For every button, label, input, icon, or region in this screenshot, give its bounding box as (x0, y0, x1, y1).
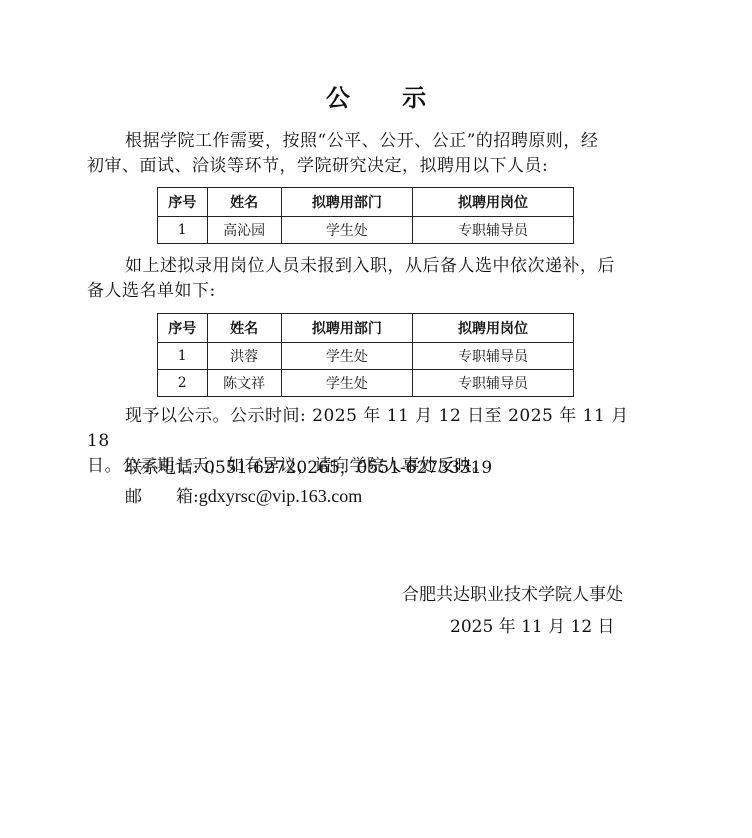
table-header-row: 序号 姓名 拟聘用部门 拟聘用岗位 (158, 314, 574, 343)
header-no: 序号 (158, 188, 208, 217)
backup-paragraph: 如上述拟录用岗位人员未报到入职，从后备人选中依次递补，后 备人选名单如下: (87, 254, 647, 304)
cell-no: 2 (158, 370, 208, 397)
cell-no: 1 (158, 343, 208, 370)
header-no: 序号 (158, 314, 208, 343)
table-row: 2 陈文祥 学生处 专职辅导员 (158, 370, 574, 397)
table-row: 1 高沁园 学生处 专职辅导员 (158, 217, 574, 244)
contact-email: 邮 箱:gdxyrsc@vip.163.com (125, 484, 362, 510)
contact-phone: 联系电话: 0551-62720265，0551-62733319 (125, 456, 492, 481)
header-dept: 拟聘用部门 (281, 188, 412, 217)
header-post: 拟聘用岗位 (413, 188, 574, 217)
signature-date: 2025 年 11 月 12 日 (450, 612, 615, 637)
table-row: 1 洪蓉 学生处 专职辅导员 (158, 343, 574, 370)
email-value[interactable]: gdxyrsc@vip.163.com (199, 486, 363, 506)
cell-dept: 学生处 (281, 343, 412, 370)
cell-post: 专职辅导员 (413, 343, 574, 370)
backup-line-2: 备人选名单如下: (87, 279, 647, 304)
intro-paragraph: 根据学院工作需要，按照“公平、公开、公正”的招聘原则，经 初审、面试、洽谈等环节… (87, 129, 647, 179)
table-header-row: 序号 姓名 拟聘用部门 拟聘用岗位 (158, 188, 574, 217)
intro-line-2: 初审、面试、洽谈等环节，学院研究决定，拟聘用以下人员: (87, 154, 647, 179)
header-name: 姓名 (207, 188, 281, 217)
cell-name: 高沁园 (207, 217, 281, 244)
backup-table: 序号 姓名 拟聘用部门 拟聘用岗位 1 洪蓉 学生处 专职辅导员 2 陈文祥 学… (157, 313, 574, 397)
cell-post: 专职辅导员 (413, 217, 574, 244)
cell-name: 洪蓉 (207, 343, 281, 370)
notice-line-1: 现予以公示。公示时间: 2025 年 11 月 12 日至 2025 年 11 … (87, 406, 629, 451)
email-label: 邮 箱: (125, 487, 199, 507)
intro-line-1: 根据学院工作需要，按照“公平、公开、公正”的招聘原则，经 (125, 131, 598, 151)
cell-no: 1 (158, 217, 208, 244)
cell-dept: 学生处 (281, 217, 412, 244)
signature-org: 合肥共达职业技术学院人事处 (402, 580, 623, 605)
hired-table: 序号 姓名 拟聘用部门 拟聘用岗位 1 高沁园 学生处 专职辅导员 (157, 187, 574, 244)
header-name: 姓名 (207, 314, 281, 343)
cell-dept: 学生处 (281, 370, 412, 397)
header-post: 拟聘用岗位 (413, 314, 574, 343)
cell-name: 陈文祥 (207, 370, 281, 397)
cell-post: 专职辅导员 (413, 370, 574, 397)
header-dept: 拟聘用部门 (281, 314, 412, 343)
document-title: 公 示 (0, 78, 752, 113)
backup-line-1: 如上述拟录用岗位人员未报到入职，从后备人选中依次递补，后 (125, 256, 615, 276)
